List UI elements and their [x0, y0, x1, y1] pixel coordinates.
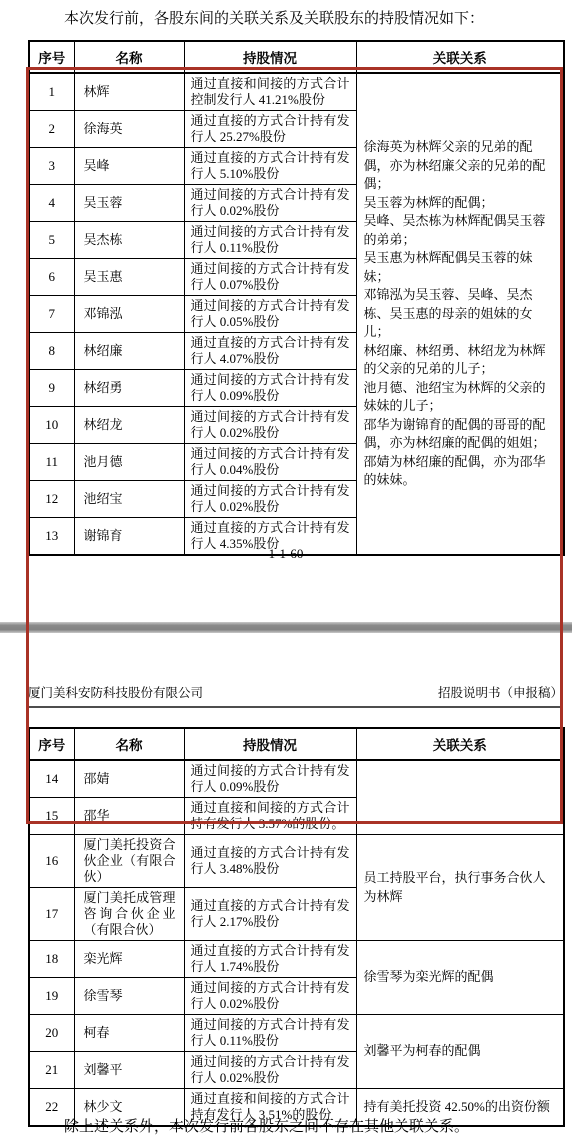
row-number-cell: 4 — [29, 185, 74, 222]
row-number-cell: 1 — [29, 73, 74, 111]
col-header-relation: 关联关系 — [356, 728, 564, 760]
row-number-cell: 19 — [29, 978, 74, 1015]
page2-header: 厦门美科安防科技股份有限公司 招股说明书（申报稿） — [28, 684, 563, 708]
holding-cell: 通过直接的方式合计持有发行人 3.48%股份 — [184, 835, 356, 888]
holding-cell: 通过间接的方式合计持有发行人 0.09%股份 — [184, 370, 356, 407]
holding-cell: 通过间接的方式合计持有发行人 0.02%股份 — [184, 978, 356, 1015]
holding-cell: 通过直接和间接的方式合计控制发行人 41.21%股份 — [184, 73, 356, 111]
shareholder-name-cell: 吴玉惠 — [74, 259, 184, 296]
row-number-cell: 14 — [29, 760, 74, 798]
shareholder-name-cell: 栾光辉 — [74, 941, 184, 978]
shareholder-name-cell: 林辉 — [74, 73, 184, 111]
shareholder-name-cell: 徐海英 — [74, 111, 184, 148]
table2-header-row: 序号 名称 持股情况 关联关系 — [29, 728, 564, 760]
page2-header-doc-title: 招股说明书（申报稿） — [438, 684, 563, 702]
row-number-cell: 7 — [29, 296, 74, 333]
relation-cell — [356, 760, 564, 835]
col-header-holding: 持股情况 — [184, 728, 356, 760]
row-number-cell: 2 — [29, 111, 74, 148]
page-number: 1-1-60 — [0, 546, 572, 562]
shareholder-name-cell: 林绍廉 — [74, 333, 184, 370]
shareholder-name-cell: 徐雪琴 — [74, 978, 184, 1015]
shareholder-name-cell: 池绍宝 — [74, 481, 184, 518]
row-number-cell: 3 — [29, 148, 74, 185]
shareholder-name-cell: 林绍龙 — [74, 407, 184, 444]
col-header-no: 序号 — [29, 728, 74, 760]
holding-cell: 通过间接的方式合计持有发行人 0.07%股份 — [184, 259, 356, 296]
row-number-cell: 16 — [29, 835, 74, 888]
holding-cell: 通过间接的方式合计持有发行人 0.02%股份 — [184, 407, 356, 444]
row-number-cell: 15 — [29, 798, 74, 835]
holding-cell: 通过直接的方式合计持有发行人 1.74%股份 — [184, 941, 356, 978]
shareholder-name-cell: 池月德 — [74, 444, 184, 481]
shareholder-table-page1: 序号 名称 持股情况 关联关系 1林辉通过直接和间接的方式合计控制发行人 41.… — [28, 40, 565, 556]
row-number-cell: 8 — [29, 333, 74, 370]
relation-cell: 徐雪琴为栾光辉的配偶 — [356, 941, 564, 1015]
row-number-cell: 6 — [29, 259, 74, 296]
shareholder-name-cell: 吴玉蓉 — [74, 185, 184, 222]
holding-cell: 通过间接的方式合计持有发行人 0.02%股份 — [184, 185, 356, 222]
row-number-cell: 21 — [29, 1052, 74, 1089]
row-number-cell: 10 — [29, 407, 74, 444]
shareholder-name-cell: 厦门美托成管理咨询合伙企业（有限合伙） — [74, 888, 184, 941]
holding-cell: 通过间接的方式合计持有发行人 0.04%股份 — [184, 444, 356, 481]
shareholder-name-cell: 刘馨平 — [74, 1052, 184, 1089]
shareholder-name-cell: 吴峰 — [74, 148, 184, 185]
intro-paragraph: 本次发行前，各股东间的关联关系及关联股东的持股情况如下： — [64, 9, 484, 29]
shareholder-name-cell: 厦门美托投资合伙企业（有限合伙） — [74, 835, 184, 888]
col-header-name: 名称 — [74, 728, 184, 760]
holding-cell: 通过直接的方式合计持有发行人 25.27%股份 — [184, 111, 356, 148]
shareholder-name-cell: 邓锦泓 — [74, 296, 184, 333]
holding-cell: 通过间接的方式合计持有发行人 0.02%股份 — [184, 1052, 356, 1089]
holding-cell: 通过直接的方式合计持有发行人 2.17%股份 — [184, 888, 356, 941]
col-header-no: 序号 — [29, 41, 74, 73]
table-row: 18栾光辉通过直接的方式合计持有发行人 1.74%股份徐雪琴为栾光辉的配偶 — [29, 941, 564, 978]
row-number-cell: 11 — [29, 444, 74, 481]
row-number-cell: 20 — [29, 1015, 74, 1052]
shareholder-name-cell: 柯春 — [74, 1015, 184, 1052]
closing-paragraph: 除上述关系外，本次发行前各股东之间不存在其他关联关系。 — [64, 1117, 469, 1137]
holding-cell: 通过间接的方式合计持有发行人 0.11%股份 — [184, 1015, 356, 1052]
relation-cell: 员工持股平台，执行事务合伙人为林辉 — [356, 835, 564, 941]
row-number-cell: 9 — [29, 370, 74, 407]
holding-cell: 通过直接和间接的方式合计持有发行人 3.57%的股份。 — [184, 798, 356, 835]
shareholder-name-cell: 邵华 — [74, 798, 184, 835]
row-number-cell: 18 — [29, 941, 74, 978]
shareholder-name-cell: 吴杰栋 — [74, 222, 184, 259]
row-number-cell: 5 — [29, 222, 74, 259]
col-header-name: 名称 — [74, 41, 184, 73]
holding-cell: 通过直接的方式合计持有发行人 5.10%股份 — [184, 148, 356, 185]
table-row: 20柯春通过间接的方式合计持有发行人 0.11%股份刘馨平为柯春的配偶 — [29, 1015, 564, 1052]
table-row: 16厦门美托投资合伙企业（有限合伙）通过直接的方式合计持有发行人 3.48%股份… — [29, 835, 564, 888]
holding-cell: 通过间接的方式合计持有发行人 0.11%股份 — [184, 222, 356, 259]
table-row: 1林辉通过直接和间接的方式合计控制发行人 41.21%股份徐海英为林辉父亲的兄弟… — [29, 73, 564, 111]
shareholder-table-page2: 序号 名称 持股情况 关联关系 14邵婧通过间接的方式合计持有发行人 0.09%… — [28, 727, 565, 1127]
col-header-holding: 持股情况 — [184, 41, 356, 73]
row-number-cell: 12 — [29, 481, 74, 518]
relation-cell: 刘馨平为柯春的配偶 — [356, 1015, 564, 1089]
holding-cell: 通过直接的方式合计持有发行人 4.07%股份 — [184, 333, 356, 370]
row-number-cell: 17 — [29, 888, 74, 941]
page-break-bar — [0, 622, 572, 633]
table1-header-row: 序号 名称 持股情况 关联关系 — [29, 41, 564, 73]
holding-cell: 通过间接的方式合计持有发行人 0.09%股份 — [184, 760, 356, 798]
shareholder-name-cell: 林绍勇 — [74, 370, 184, 407]
holding-cell: 通过间接的方式合计持有发行人 0.02%股份 — [184, 481, 356, 518]
relation-cell: 徐海英为林辉父亲的兄弟的配偶，亦为林绍廉父亲的兄弟的配偶； 吴玉蓉为林辉的配偶；… — [356, 73, 564, 555]
holding-cell: 通过间接的方式合计持有发行人 0.05%股份 — [184, 296, 356, 333]
table-row: 14邵婧通过间接的方式合计持有发行人 0.09%股份 — [29, 760, 564, 798]
col-header-relation: 关联关系 — [356, 41, 564, 73]
page2-header-company: 厦门美科安防科技股份有限公司 — [28, 684, 203, 702]
shareholder-name-cell: 邵婧 — [74, 760, 184, 798]
